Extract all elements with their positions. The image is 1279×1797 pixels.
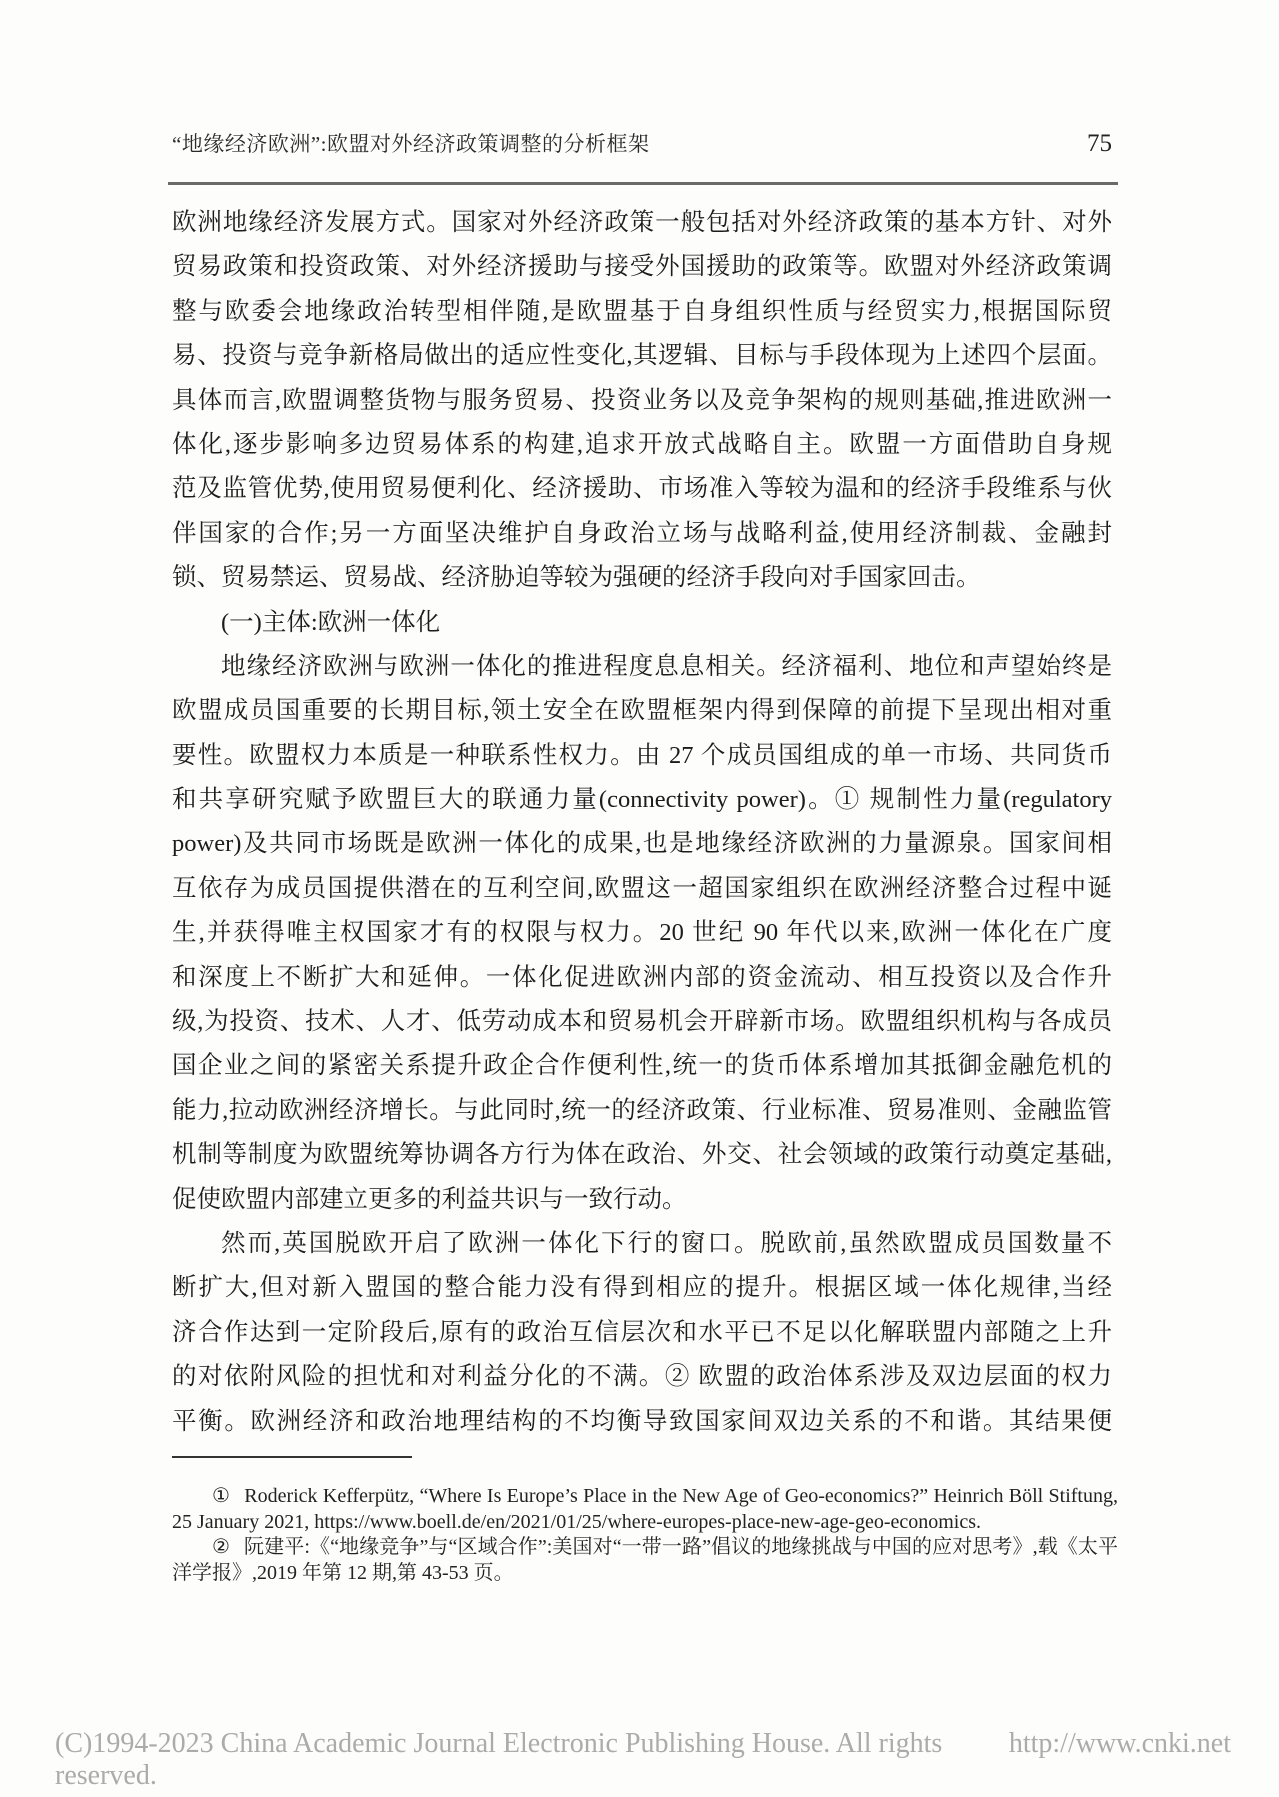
body-line: 和共享研究赋予欧盟巨大的联通力量(connectivity power)。① 规… [172, 778, 1112, 822]
header-rule [168, 182, 1118, 185]
footnote-line: ②阮建平:《“地缘竞争”与“区域合作”:美国对“一带一路”倡议的地缘挑战与中国的… [172, 1535, 1118, 1561]
body-line: 平衡。欧洲经济和政治地理结构的不均衡导致国家间双边关系的不和谐。其结果便 [172, 1400, 1112, 1444]
body-line: 欧洲地缘经济发展方式。国家对外经济政策一般包括对外经济政策的基本方针、对外 [172, 201, 1112, 245]
footnote-marker: ② [212, 1536, 230, 1558]
body-line: 国企业之间的紧密关系提升政企合作便利性,统一的货币体系增加其抵御金融危机的 [172, 1044, 1112, 1088]
footnote-line: 洋学报》,2019 年第 12 期,第 43-53 页。 [172, 1561, 1118, 1587]
body-line: 级,为投资、技术、人才、低劳动成本和贸易机会开辟新市场。欧盟组织机构与各成员 [172, 1000, 1112, 1044]
body-line: 机制等制度为欧盟统筹协调各方行为体在政治、外交、社会领域的政策行动奠定基础, [172, 1133, 1112, 1177]
body-line: 贸易政策和投资政策、对外经济援助与接受外国援助的政策等。欧盟对外经济政策调 [172, 245, 1112, 289]
footnote-line: ①Roderick Kefferpütz, “Where Is Europe’s… [172, 1484, 1118, 1510]
footnote-line: 25 January 2021, https://www.boell.de/en… [172, 1510, 1118, 1536]
body-line: 欧盟成员国重要的长期目标,领土安全在欧盟框架内得到保障的前提下呈现出相对重 [172, 689, 1112, 733]
body-line: 生,并获得唯主权国家才有的权限与权力。20 世纪 90 年代以来,欧洲一体化在广… [172, 911, 1112, 955]
page-number: 75 [1087, 130, 1112, 158]
footnote-text: 阮建平:《“地缘竞争”与“区域合作”:美国对“一带一路”倡议的地缘挑战与中国的应… [244, 1536, 1118, 1558]
article-body: 欧洲地缘经济发展方式。国家对外经济政策一般包括对外经济政策的基本方针、对外 贸易… [172, 201, 1112, 1444]
body-line: 整与欧委会地缘政治转型相伴随,是欧盟基于自身组织性质与经贸实力,根据国际贸 [172, 290, 1112, 334]
cnki-url: http://www.cnki.net [1009, 1728, 1231, 1760]
page-footer: (C)1994-2023 China Academic Journal Elec… [0, 1728, 1279, 1792]
footnote-marker: ① [212, 1485, 230, 1507]
running-title: “地缘经济欧洲”:欧盟对外经济政策调整的分析框架 [172, 128, 649, 158]
body-line: 地缘经济欧洲与欧洲一体化的推进程度息息相关。经济福利、地位和声望始终是 [172, 645, 1112, 689]
body-line: 体化,逐步影响多边贸易体系的构建,追求开放式战略自主。欧盟一方面借助自身规 [172, 423, 1112, 467]
body-line: 促使欧盟内部建立更多的利益共识与一致行动。 [172, 1178, 1112, 1222]
document-page: “地缘经济欧洲”:欧盟对外经济政策调整的分析框架 75 欧洲地缘经济发展方式。国… [0, 0, 1279, 1797]
footnote-text: Roderick Kefferpütz, “Where Is Europe’s … [244, 1485, 1118, 1507]
body-line: 互依存为成员国提供潜在的互利空间,欧盟这一超国家组织在欧洲经济整合过程中诞 [172, 867, 1112, 911]
body-line: 锁、贸易禁运、贸易战、经济胁迫等较为强硬的经济手段向对手国家回击。 [172, 556, 1112, 600]
copyright-text: (C)1994-2023 China Academic Journal Elec… [55, 1728, 1009, 1792]
body-line: 要性。欧盟权力本质是一种联系性权力。由 27 个成员国组成的单一市场、共同货币 [172, 734, 1112, 778]
body-line: power)及共同市场既是欧洲一体化的成果,也是地缘经济欧洲的力量源泉。国家间相 [172, 822, 1112, 866]
page-header: “地缘经济欧洲”:欧盟对外经济政策调整的分析框架 75 [172, 128, 1112, 158]
section-heading: (一)主体:欧洲一体化 [172, 601, 1112, 645]
body-line: 具体而言,欧盟调整货物与服务贸易、投资业务以及竞争架构的规则基础,推进欧洲一 [172, 379, 1112, 423]
footnote-divider [172, 1456, 412, 1458]
body-line: 易、投资与竞争新格局做出的适应性变化,其逻辑、目标与手段体现为上述四个层面。 [172, 334, 1112, 378]
body-line: 然而,英国脱欧开启了欧洲一体化下行的窗口。脱欧前,虽然欧盟成员国数量不 [172, 1222, 1112, 1266]
body-line: 和深度上不断扩大和延伸。一体化促进欧洲内部的资金流动、相互投资以及合作升 [172, 956, 1112, 1000]
body-line: 伴国家的合作;另一方面坚决维护自身政治立场与战略利益,使用经济制裁、金融封 [172, 512, 1112, 556]
body-line: 断扩大,但对新入盟国的整合能力没有得到相应的提升。根据区域一体化规律,当经 [172, 1266, 1112, 1310]
body-line: 济合作达到一定阶段后,原有的政治互信层次和水平已不足以化解联盟内部随之上升 [172, 1311, 1112, 1355]
body-line: 范及监管优势,使用贸易便利化、经济援助、市场准入等较为温和的经济手段维系与伙 [172, 467, 1112, 511]
body-line: 能力,拉动欧洲经济增长。与此同时,统一的经济政策、行业标准、贸易准则、金融监管 [172, 1089, 1112, 1133]
body-line: 的对依附风险的担忧和对利益分化的不满。② 欧盟的政治体系涉及双边层面的权力 [172, 1355, 1112, 1399]
footnotes: ①Roderick Kefferpütz, “Where Is Europe’s… [172, 1484, 1118, 1586]
